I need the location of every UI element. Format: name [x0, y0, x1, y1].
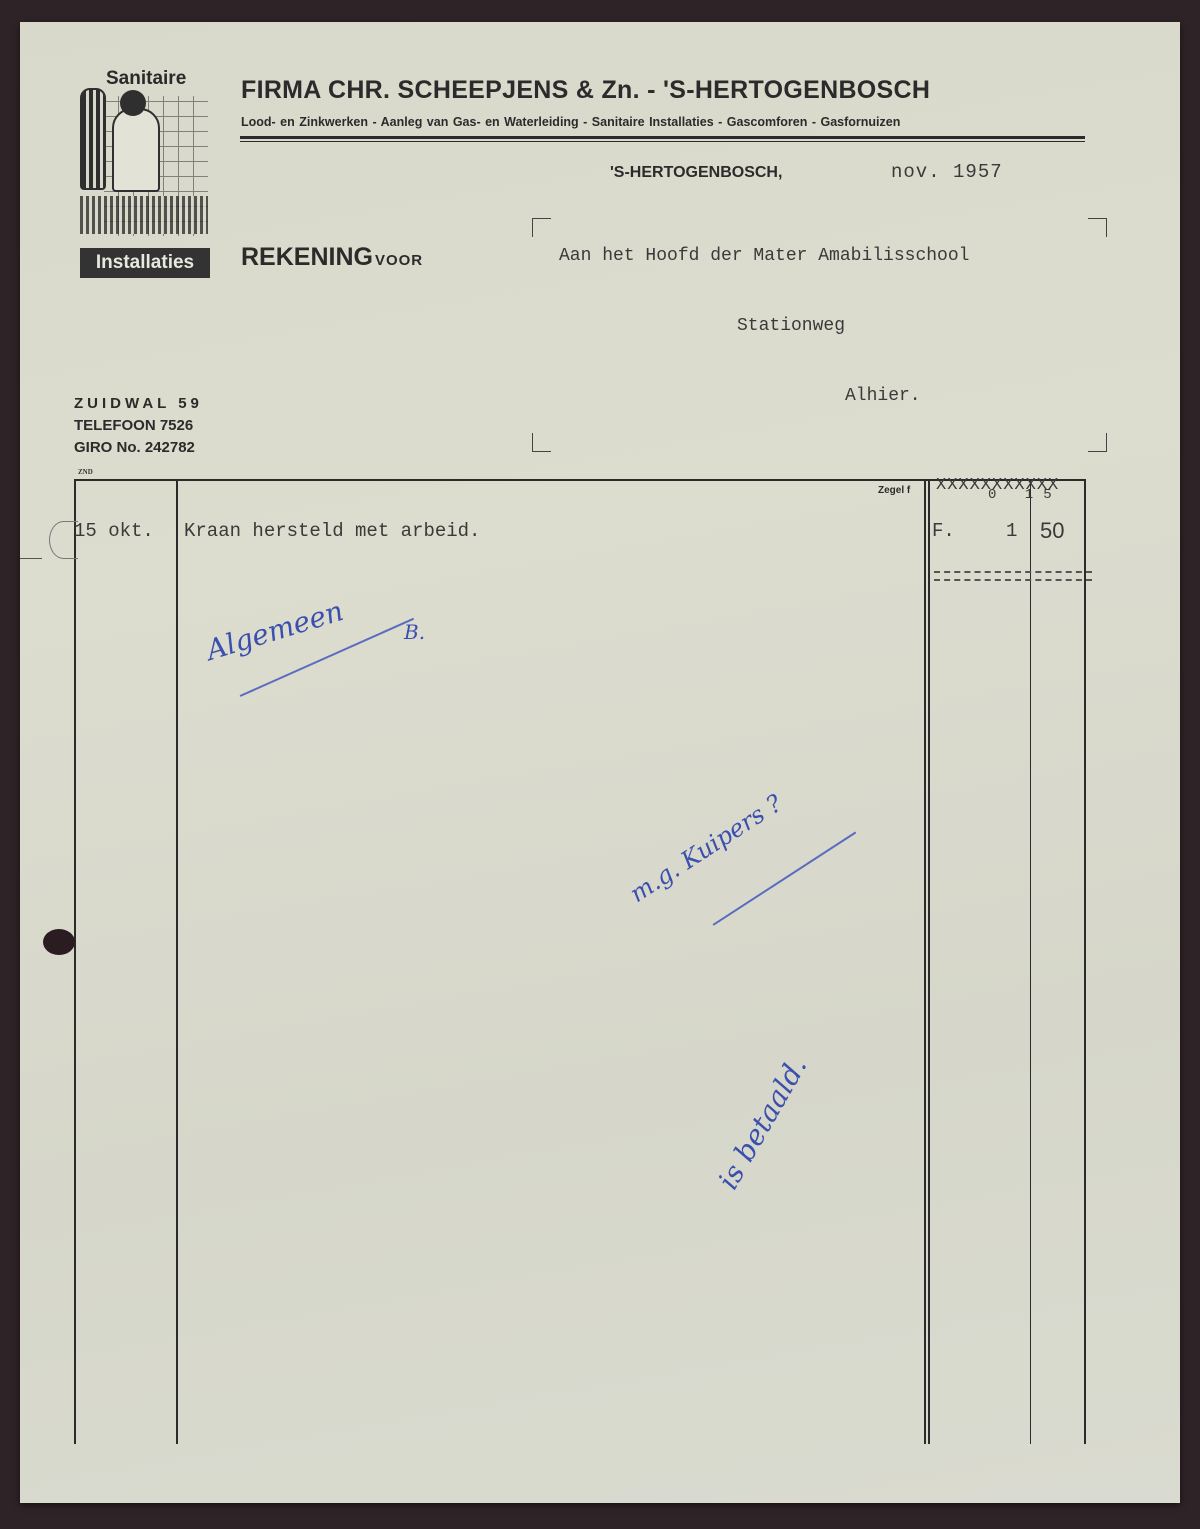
water-heater-icon: [80, 88, 106, 190]
column-rule-amount-left-double: [928, 479, 930, 1444]
recipient-line-1: Aan het Hoofd der Mater Amabilisschool: [559, 246, 969, 266]
column-rule-right: [1084, 479, 1086, 1444]
handwritten-note-initial: B.: [404, 620, 425, 644]
recipient-line-3: Alhier.: [845, 386, 921, 406]
row-currency: F.: [932, 520, 955, 542]
woman-figure-icon: [112, 108, 160, 192]
logo: Sanitaire Installaties: [76, 68, 210, 280]
contact-giro: GIRO No. 242782: [74, 437, 203, 459]
contact-block: ZUIDWAL 59 TELEFOON 7526 GIRO No. 242782: [74, 393, 203, 459]
total-double-rule: [934, 571, 1092, 581]
punch-hole: [43, 929, 75, 955]
column-rule-cents: [1030, 479, 1031, 1444]
contact-street: ZUIDWAL 59: [74, 393, 203, 415]
recipient-line-2: Stationweg: [737, 316, 845, 336]
row-guilders: 1: [1006, 520, 1017, 542]
column-rule-amount-left: [924, 479, 926, 1444]
invoice-date: nov. 1957: [891, 161, 1003, 183]
address-corner-mark: [532, 218, 551, 237]
row-date: 15 okt.: [74, 520, 154, 542]
punch-hole-mark: [49, 521, 78, 559]
row-description: Kraan hersteld met arbeid.: [184, 520, 480, 542]
header-rule: [240, 136, 1085, 139]
address-corner-mark: [1088, 218, 1107, 237]
document-title: REKENINGVOOR: [241, 243, 423, 272]
firm-name: FIRMA CHR. SCHEEPJENS & Zn. - 'S-HERTOGE…: [241, 76, 930, 105]
woman-head-icon: [120, 90, 146, 116]
address-corner-mark: [532, 433, 551, 452]
column-rule-date-right: [176, 479, 178, 1444]
address-corner-mark: [1088, 433, 1107, 452]
city-label: 'S-HERTOGENBOSCH,: [610, 164, 782, 182]
document-type: REKENING: [241, 243, 373, 271]
document-type-suffix: VOOR: [375, 252, 423, 269]
zegel-label: Zegel f: [878, 485, 910, 496]
column-rule-date-left: [74, 479, 76, 1444]
table-top-rule: [74, 479, 1085, 481]
zegel-value: 0 15: [988, 487, 1062, 503]
printer-mark: ZND: [78, 468, 93, 476]
header-rule-thin: [240, 141, 1085, 142]
fold-mark: [20, 558, 42, 559]
row-cents: 50: [1040, 518, 1064, 544]
sink-icon: [80, 196, 208, 234]
logo-bottom-text: Installaties: [80, 248, 210, 278]
contact-phone: TELEFOON 7526: [74, 415, 203, 437]
logo-top-text: Sanitaire: [106, 68, 186, 90]
trades-line: Lood- en Zinkwerken - Aanleg van Gas- en…: [241, 115, 900, 129]
